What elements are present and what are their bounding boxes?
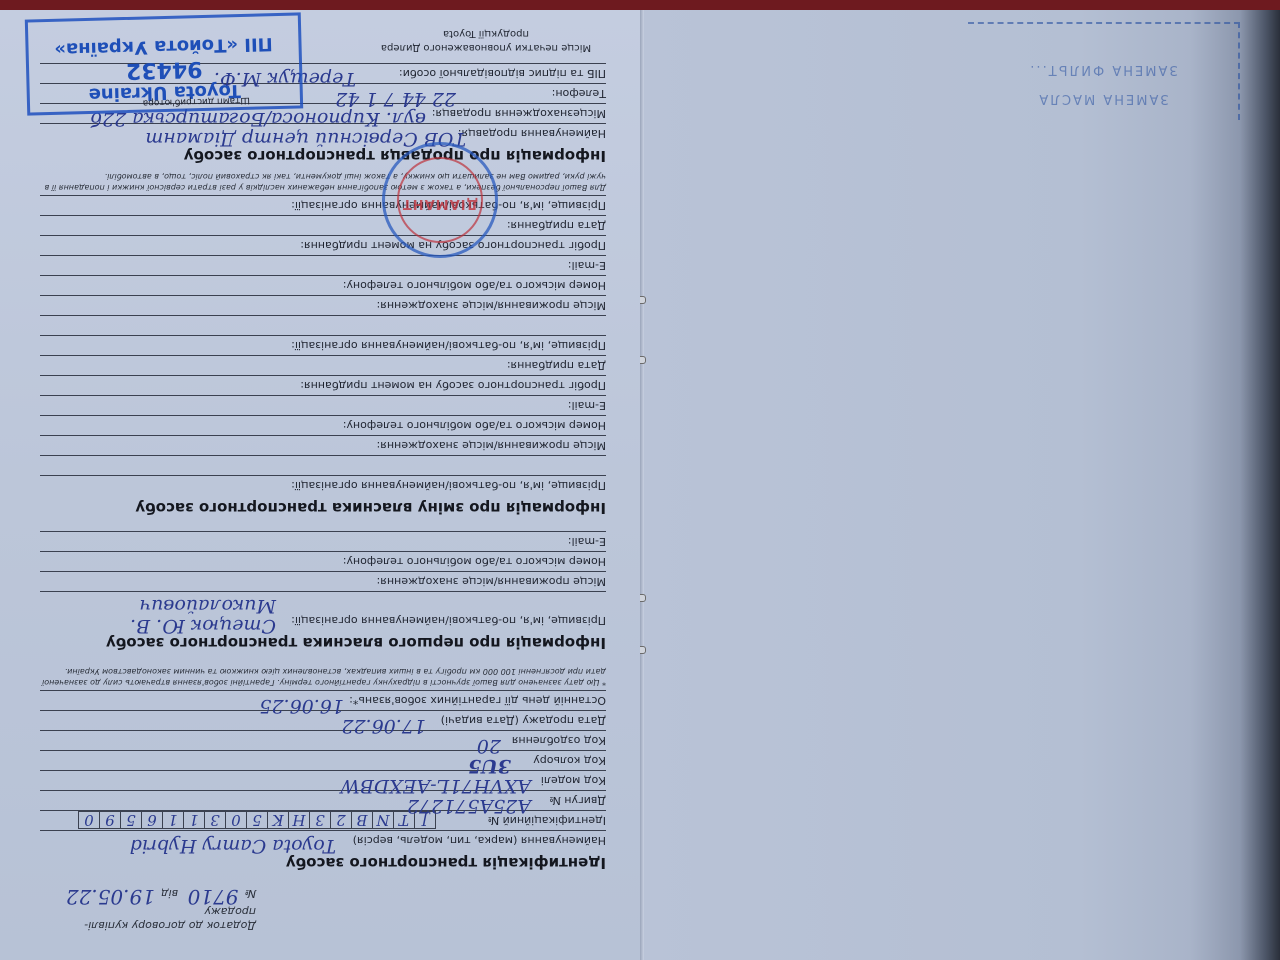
warranty-footnote: * Цю дату зазначено для Вашої зручності …: [40, 666, 606, 690]
field-label: Прізвище, ім'я, по-батькові/найменування…: [291, 339, 606, 352]
field-label: ПІБ та підпис відповідальної особи:: [399, 67, 606, 80]
first-owner-heading: Інформація про першого власника транспор…: [40, 634, 606, 652]
field-value: A25A571272: [407, 796, 531, 816]
field-label: Номер міського та/або мобільного телефон…: [343, 555, 606, 568]
field-value: 3U5: [468, 756, 511, 776]
appendix-line: Додаток до договору купівлі-продажу №971…: [40, 886, 256, 932]
field-new-owner-email[interactable]: E-mail:: [40, 255, 606, 275]
field-label: Місце проживання/місце знаходження:: [377, 575, 606, 588]
field-new-owner-name[interactable]: Прізвище, ім'я, по-батькові/найменування…: [40, 335, 606, 355]
field-value: Стецюк Ю. В. Миколайович: [46, 596, 276, 636]
field-label: E-mail:: [568, 259, 606, 272]
vin-char: H: [288, 812, 309, 828]
vin-char: 5: [120, 812, 141, 828]
dealer-stamp-inner: ДІАМАНТ: [397, 157, 483, 243]
field-trim-code[interactable]: Код оздоблення20: [40, 730, 606, 750]
field-value: 22 44 7 1 42: [335, 89, 456, 109]
faint-stamp-line: ЗАМЕНА МАСЛА: [968, 91, 1238, 106]
field-label: Телефон:: [552, 87, 606, 100]
appendix-date-label: від: [161, 886, 178, 900]
field-value: Toyota Camry Hybrid: [130, 836, 336, 856]
field-label: Пробіг транспортного засобу на момент пр…: [300, 379, 606, 392]
field-new-owner-name[interactable]: Прізвище, ім'я, по-батькові/найменування…: [40, 475, 606, 495]
photo-scene: ЗАМЕНА МАСЛА ЗАМЕНА ФИЛЬТ... Додаток до …: [0, 0, 1280, 960]
dealer-stamp-caption: Місце печатки уповноваженого Дилера прод…: [366, 26, 606, 54]
field-warranty-end[interactable]: Останній день дії гарантійних зобов'язан…: [40, 690, 606, 710]
field-value: 16.06.25: [259, 696, 344, 716]
field-label: Місцезнаходження продавця:: [432, 107, 606, 120]
field-new-owner-address[interactable]: Місце проживання/місце знаходження:: [40, 435, 606, 455]
privacy-note: Для Вашої персональної безпеки, а також …: [40, 171, 606, 195]
field-color-code[interactable]: Код кольору3U5: [40, 750, 606, 770]
field-label: Найменування продавця:: [458, 127, 606, 140]
field-first-owner-address[interactable]: Місце проживання/місце знаходження:: [40, 571, 606, 591]
field-new-owner-date[interactable]: Дата придбання:: [40, 215, 606, 235]
vin-char: 3: [309, 812, 330, 828]
faint-service-stamp: ЗАМЕНА МАСЛА ЗАМЕНА ФИЛЬТ...: [968, 22, 1240, 120]
field-label: Місце проживання/місце знаходження:: [377, 439, 606, 452]
appendix-number: 9710: [188, 885, 239, 909]
field-label: Номер міського та/або мобільного телефон…: [343, 279, 606, 292]
field-spacer[interactable]: [40, 315, 606, 335]
blank-left-page: ЗАМЕНА МАСЛА ЗАМЕНА ФИЛЬТ...: [636, 8, 1280, 960]
field-new-owner-phone[interactable]: Номер міського та/або мобільного телефон…: [40, 415, 606, 435]
appendix-number-label: №: [245, 886, 256, 900]
field-label: Код моделі: [541, 774, 606, 787]
field-label: Місце проживання/місце знаходження:: [377, 299, 606, 312]
field-label: Дата продажу (Дата видачі): [441, 714, 606, 727]
field-label: E-mail:: [568, 399, 606, 412]
field-label: Останній день дії гарантійних зобов'язан…: [349, 694, 606, 707]
service-book-page: Додаток до договору купівлі-продажу №971…: [0, 10, 640, 960]
vin-char: 2: [330, 812, 351, 828]
dealer-round-stamp: ДІАМАНТ: [382, 142, 498, 258]
vin-boxes: JTNB23HK503116590: [78, 811, 436, 829]
owner-change-block-2: Прізвище, ім'я, по-батькові/найменування…: [40, 195, 606, 355]
vin-char: 0: [225, 812, 246, 828]
field-vehicle-name[interactable]: Найменування (марка, тип, модель, версія…: [40, 830, 606, 850]
appendix-date: 19.05.22: [66, 885, 155, 909]
field-new-owner-phone[interactable]: Номер міського та/або мобільного телефон…: [40, 275, 606, 295]
field-label: Дата придбання:: [507, 359, 606, 372]
field-first-owner-email[interactable]: E-mail:: [40, 531, 606, 551]
field-label: Дата придбання:: [507, 219, 606, 232]
field-new-owner-mileage[interactable]: Пробіг транспортного засобу на момент пр…: [40, 235, 606, 255]
vin-char: 5: [246, 812, 267, 828]
field-new-owner-date[interactable]: Дата придбання:: [40, 355, 606, 375]
field-new-owner-address[interactable]: Місце проживання/місце знаходження:: [40, 295, 606, 315]
field-first-owner-name[interactable]: Прізвище, ім'я, по-батькові/найменування…: [40, 591, 606, 630]
field-label: Прізвище, ім'я, по-батькові/найменування…: [291, 614, 606, 627]
field-spacer[interactable]: [40, 455, 606, 475]
book-cover-edge: [0, 0, 1280, 10]
vin-char: 1: [162, 812, 183, 828]
vin-char: 0: [79, 812, 99, 828]
dealer-stamp-text: ДІАМАНТ: [399, 196, 481, 211]
field-label: Прізвище, ім'я, по-батькові/найменування…: [291, 479, 606, 492]
vin-char: 9: [99, 812, 120, 828]
field-first-owner-phone[interactable]: Номер міського та/або мобільного телефон…: [40, 551, 606, 571]
vin-char: N: [372, 812, 393, 828]
field-value: 17.06.22: [341, 716, 426, 736]
faint-stamp-line: ЗАМЕНА ФИЛЬТ...: [968, 62, 1238, 77]
owner-change-heading: Інформація про зміну власника транспортн…: [40, 499, 606, 517]
field-label: Номер міського та/або мобільного телефон…: [343, 419, 606, 432]
field-model-code[interactable]: Код моделіAXVH71L-AEXDBW: [40, 770, 606, 790]
vin-char: B: [351, 812, 372, 828]
field-new-owner-mileage[interactable]: Пробіг транспортного засобу на момент пр…: [40, 375, 606, 395]
vin-char: K: [267, 812, 288, 828]
field-new-owner-name-2[interactable]: Прізвище, ім'я, по-батькові/найменування…: [40, 195, 606, 215]
field-label: Найменування (марка, тип, модель, версія…: [353, 834, 606, 847]
field-label: Код кольору: [533, 754, 606, 767]
vin-char: 1: [183, 812, 204, 828]
vin-char: 3: [204, 812, 225, 828]
owner-change-block-1: Прізвище, ім'я, по-батькові/найменування…: [40, 355, 606, 495]
field-new-owner-email[interactable]: E-mail:: [40, 395, 606, 415]
form-content: Додаток до договору купівлі-продажу №971…: [40, 63, 606, 932]
field-label: Код оздоблення: [512, 734, 606, 747]
field-value: 20: [477, 736, 501, 756]
distributor-stamp-caption: Штамп дистриб'ютора: [143, 95, 251, 108]
field-label: Двигун №: [549, 794, 606, 807]
field-label: E-mail:: [568, 535, 606, 548]
vin-char: 6: [141, 812, 162, 828]
field-value: AXVH71L-AEXDBW: [340, 776, 531, 796]
distributor-stamp: Штамп дистриб'ютора Toyota Ukraine 94432…: [25, 12, 303, 115]
